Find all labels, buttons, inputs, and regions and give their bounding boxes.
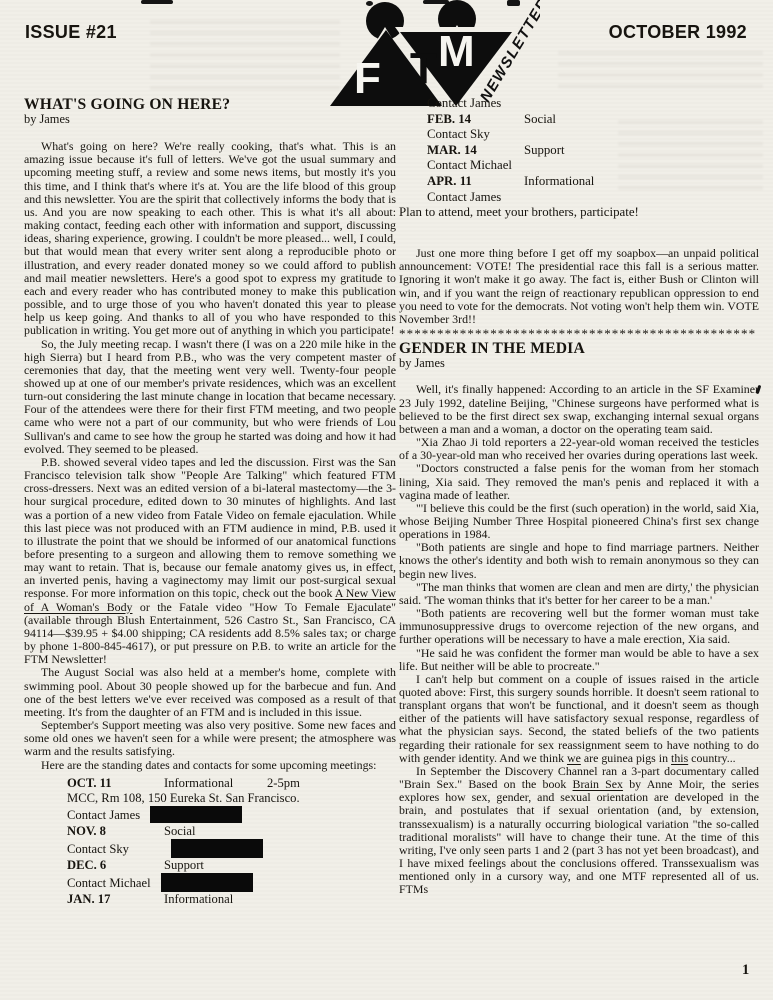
meeting-type: Support: [164, 858, 267, 873]
meeting-contact: Contact Sky: [67, 839, 396, 858]
meeting-type: Informational: [164, 776, 267, 791]
paragraph: "He said he was confident the former man…: [399, 647, 759, 673]
article2-byline: by James: [399, 357, 759, 370]
ink-bleed: [558, 44, 763, 88]
meeting-date: JAN. 17: [67, 892, 164, 907]
article1-byline: by James: [24, 113, 396, 126]
meeting-date: APR. 11: [427, 174, 524, 190]
paragraph: "The man thinks that women are clean and…: [399, 581, 759, 607]
paragraph: "Xia Zhao Ji told reporters a 22-year-ol…: [399, 436, 759, 462]
left-column: WHAT'S GOING ON HERE? by James What's go…: [24, 96, 396, 907]
scan-speck: [141, 0, 173, 4]
logo-letter-t: T: [410, 44, 437, 93]
meeting-type: Support: [524, 143, 627, 159]
ink-bleed: [150, 14, 340, 90]
meeting-date: OCT. 11: [67, 776, 164, 791]
paragraph: In September the Discovery Channel ran a…: [399, 765, 759, 897]
issue-date: OCTOBER 1992: [609, 22, 747, 43]
article2-title: GENDER IN THE MEDIA: [399, 340, 759, 357]
meeting-contact: Contact Michael: [67, 873, 396, 892]
meeting-time: 2-5pm: [267, 776, 300, 790]
paragraph: What's going on here? We're really cooki…: [24, 140, 396, 337]
meetings-tagline: Plan to attend, meet your brothers, part…: [399, 205, 759, 220]
contact-name: Contact Sky: [67, 842, 129, 856]
meeting-schedule: OCT. 11Informational2-5pm MCC, Rm 108, 1…: [67, 776, 396, 908]
meeting-date: NOV. 8: [67, 824, 164, 839]
meeting-schedule-continued: Contact James FEB. 14Social Contact Sky …: [427, 96, 759, 205]
issue-number: ISSUE #21: [25, 22, 117, 43]
paragraph: "Both patients are recovering well but t…: [399, 607, 759, 646]
vote-paragraph: Just one more thing before I get off my …: [399, 247, 759, 326]
logo-graphic: F T M NEWSLETTER: [330, 0, 540, 108]
meeting-row: FEB. 14Social: [427, 112, 759, 128]
redaction-box: [171, 839, 263, 858]
paragraph: "'I believe this could be the first (suc…: [399, 502, 759, 541]
meeting-row: NOV. 8Social: [67, 824, 396, 839]
meeting-row: OCT. 11Informational2-5pm: [67, 776, 396, 791]
meeting-type: Social: [524, 112, 627, 128]
paragraph: September's Support meeting was also ver…: [24, 719, 396, 758]
meeting-date: MAR. 14: [427, 143, 524, 159]
meeting-row: DEC. 6Support: [67, 858, 396, 873]
page-number: 1: [742, 962, 749, 979]
contact-name: Contact Michael: [67, 876, 151, 890]
paragraph: "Doctors constructed a false penis for t…: [399, 462, 759, 501]
redaction-box: [161, 873, 253, 892]
ftm-newsletter-logo: F T M NEWSLETTER: [330, 0, 540, 108]
meeting-date: DEC. 6: [67, 858, 164, 873]
meeting-venue: MCC, Rm 108, 150 Eureka St. San Francisc…: [67, 791, 396, 806]
redaction-box: [150, 806, 242, 823]
paragraph: Well, it's finally happened: According t…: [399, 383, 759, 436]
asterisk-divider: ****************************************…: [399, 327, 759, 340]
paragraph: Here are the standing dates and contacts…: [24, 759, 396, 772]
paragraph: "Both patients are single and hope to fi…: [399, 541, 759, 580]
paragraph: The August Social was also held at a mem…: [24, 666, 396, 719]
meeting-contact: Contact Sky: [427, 127, 759, 143]
newsletter-page: ISSUE #21 OCTOBER 1992 F T M NEWSLETTER …: [0, 0, 773, 1000]
contact-name: Contact James: [67, 808, 140, 822]
meeting-row: JAN. 17Informational: [67, 892, 396, 907]
meeting-type: Informational: [524, 174, 627, 190]
meeting-type: Informational: [164, 892, 267, 907]
paragraph: I can't help but comment on a couple of …: [399, 673, 759, 765]
meeting-row: MAR. 14Support: [427, 143, 759, 159]
meeting-type: Social: [164, 824, 267, 839]
meeting-row: APR. 11Informational: [427, 174, 759, 190]
meeting-contact: Contact James: [427, 190, 759, 206]
meeting-contact: Contact James: [427, 96, 759, 112]
paragraph: P.B. showed several video tapes and led …: [24, 456, 396, 667]
paragraph: So, the July meeting recap. I wasn't the…: [24, 338, 396, 456]
article1-title: WHAT'S GOING ON HERE?: [24, 96, 396, 113]
right-column: Contact James FEB. 14Social Contact Sky …: [399, 96, 759, 897]
meeting-date: FEB. 14: [427, 112, 524, 128]
meeting-contact: Contact James: [67, 806, 396, 823]
meeting-contact: Contact Michael: [427, 158, 759, 174]
logo-letter-m: M: [438, 27, 475, 76]
